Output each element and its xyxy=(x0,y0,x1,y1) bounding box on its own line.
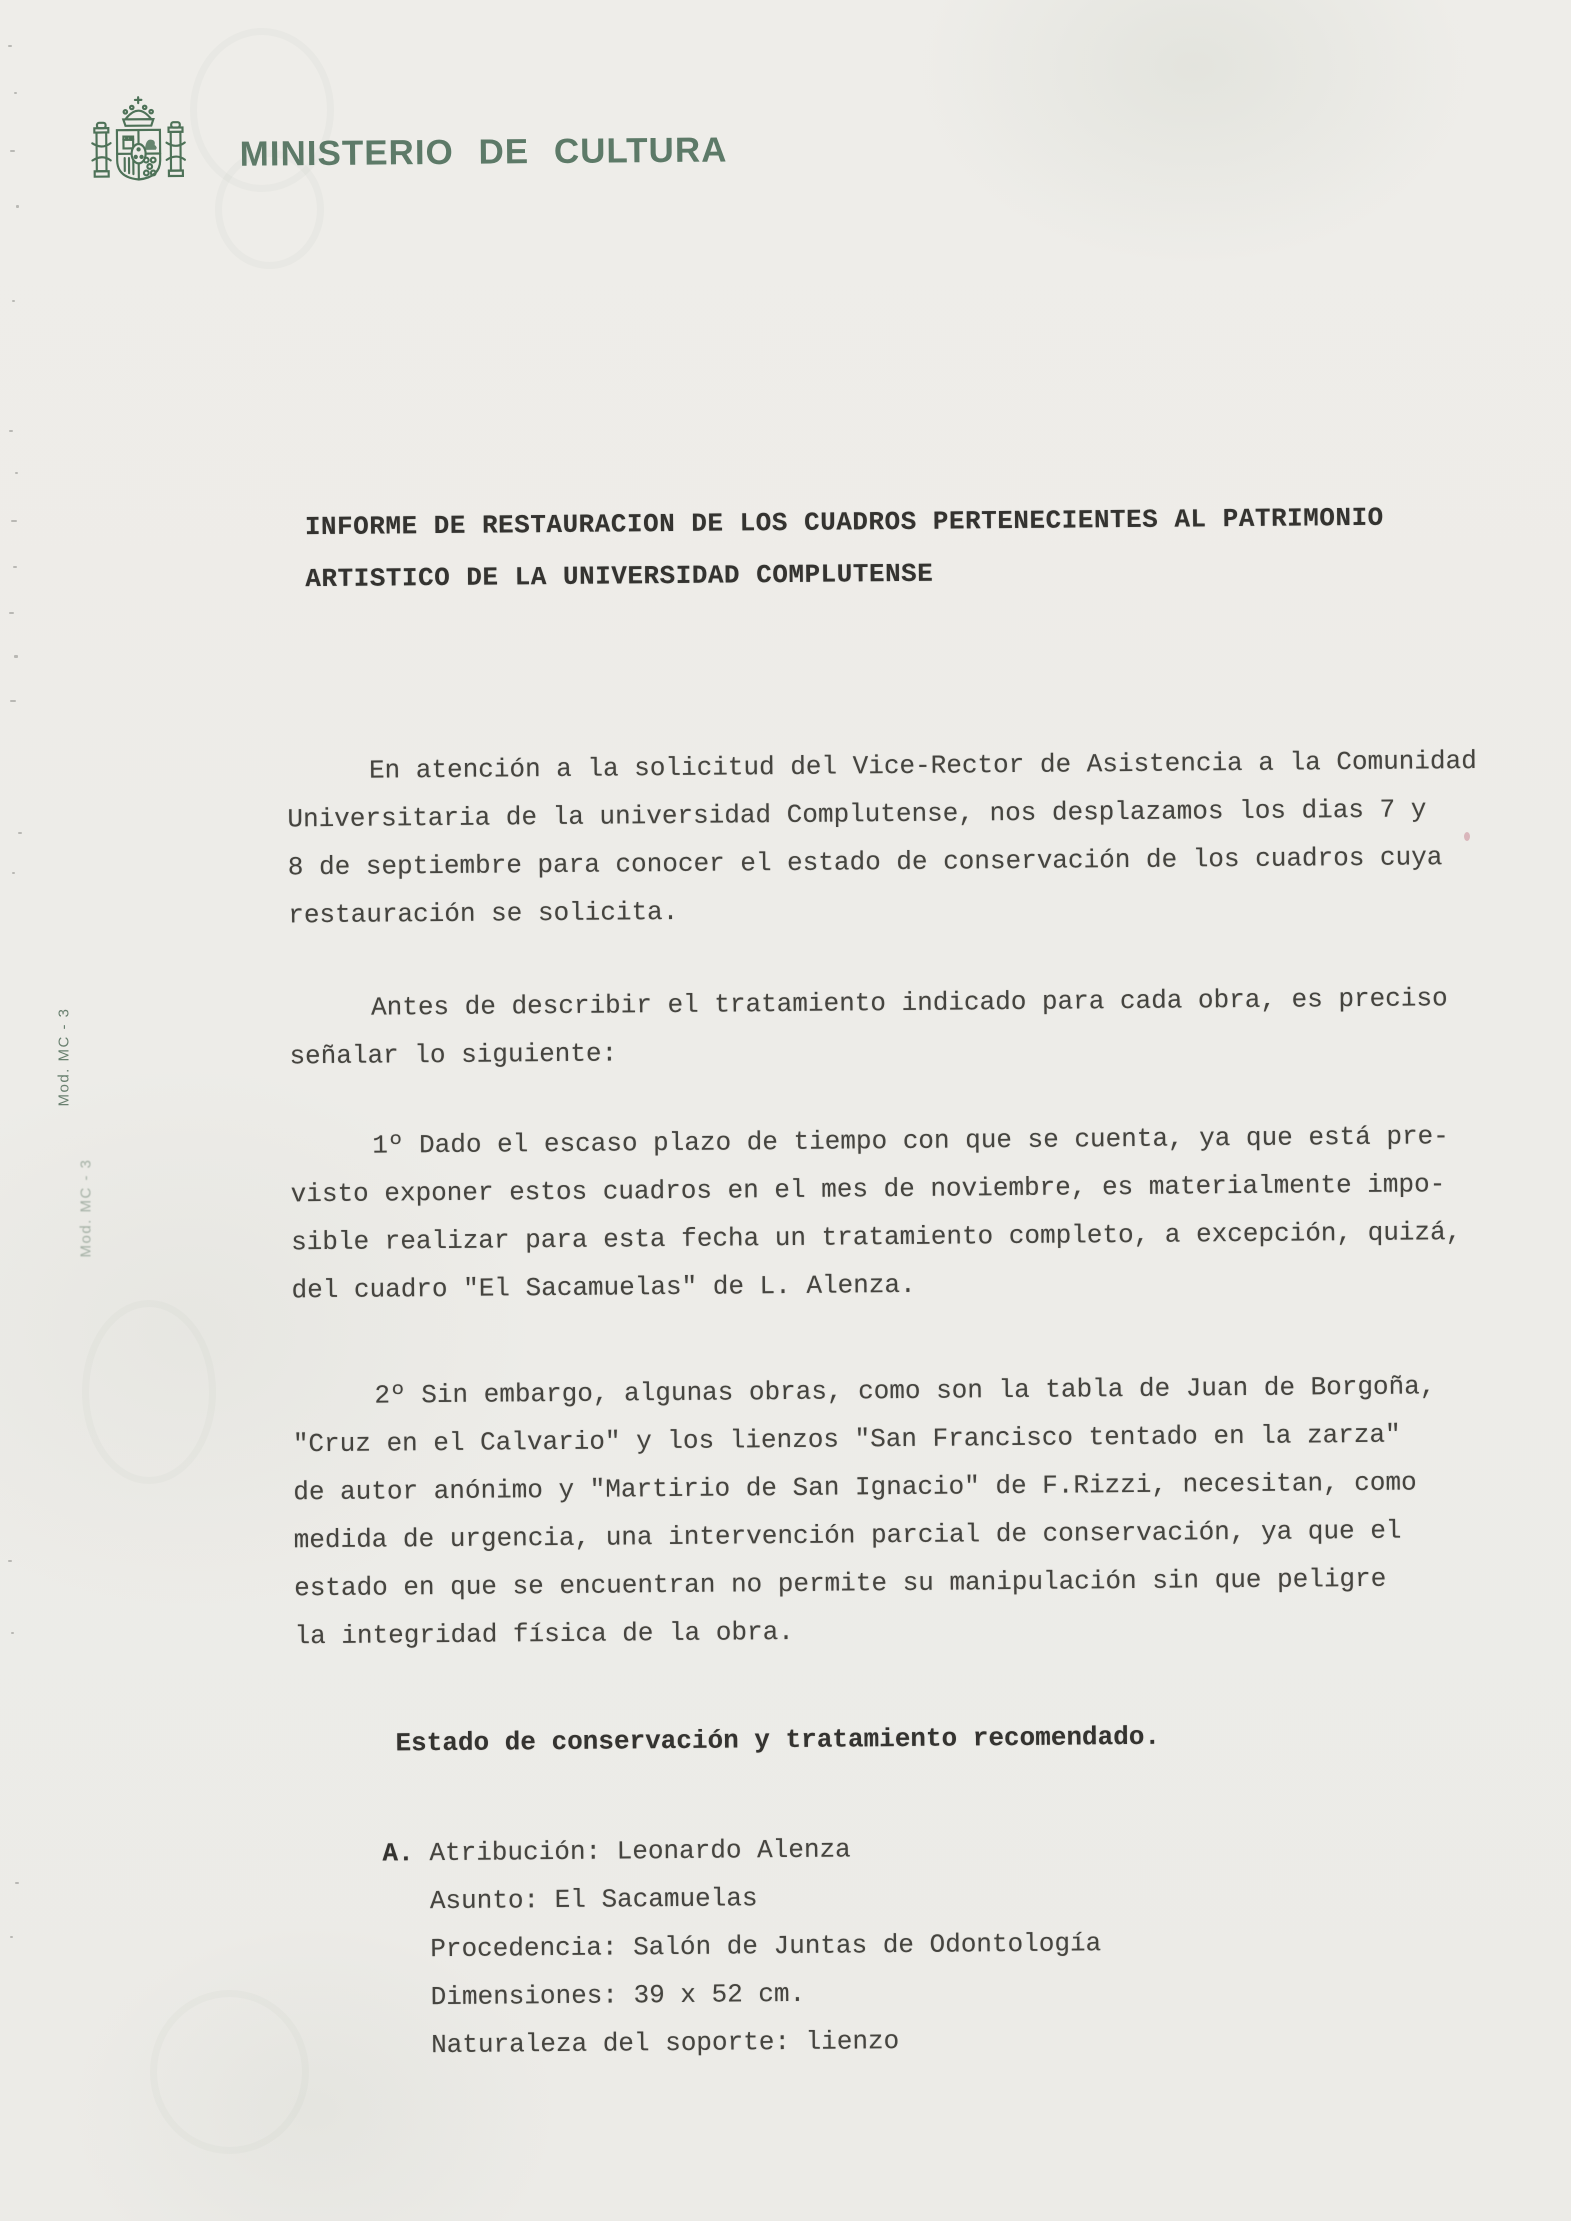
scan-artifact xyxy=(8,45,12,47)
scan-artifact xyxy=(10,700,16,702)
scan-artifact xyxy=(12,300,15,302)
printed-content: MINISTERIO DE CULTURA INFORME DE RESTAUR… xyxy=(0,0,1571,2221)
catalog-item-label: A. xyxy=(382,1829,429,1877)
scan-artifact xyxy=(9,430,13,432)
form-code-label: Mod. MC - 3 xyxy=(56,1007,73,1106)
scan-artifact xyxy=(9,612,14,614)
scan-artifact xyxy=(15,1882,19,1884)
form-code-label: Mod. MC - 3 xyxy=(78,1158,95,1257)
scan-artifact xyxy=(18,832,22,834)
scan-artifact xyxy=(12,872,15,874)
ministry-header-title: MINISTERIO DE CULTURA xyxy=(239,130,727,174)
spain-coat-of-arms-icon xyxy=(84,95,193,210)
scan-artifact xyxy=(8,1560,12,1562)
scan-artifact xyxy=(15,472,18,474)
scan-artifact xyxy=(1464,832,1470,841)
scan-artifact xyxy=(13,566,17,568)
section-heading: Estado de conservación y tratamiento rec… xyxy=(295,1710,1505,1769)
catalog-field: Naturaleza del soporte: lienzo xyxy=(298,2012,1508,2071)
scan-artifact xyxy=(11,520,17,522)
paragraph-preface: Antes de describir el tratamiento indica… xyxy=(289,974,1500,1081)
text-line: la integridad física de la obra. xyxy=(294,1602,1504,1661)
scan-artifact xyxy=(14,655,18,658)
scan-artifact xyxy=(14,92,17,94)
document-body: INFORME DE RESTAURACION DE LOS CUADROS P… xyxy=(285,491,1509,2070)
scan-artifact xyxy=(10,150,15,152)
text-line: del cuadro "El Sacamuelas" de L. Alenza. xyxy=(291,1256,1501,1315)
scan-artifact xyxy=(16,205,19,208)
paragraph-point-2: 2º Sin embargo, algunas obras, como son … xyxy=(292,1362,1504,1661)
scan-artifact xyxy=(11,1632,14,1634)
title-line: ARTISTICO DE LA UNIVERSIDAD COMPLUTENSE xyxy=(285,543,1495,606)
paragraph-intro: En atención a la solicitud del Vice-Rect… xyxy=(287,737,1499,940)
scanned-document-page: MINISTERIO DE CULTURA INFORME DE RESTAUR… xyxy=(0,0,1571,2221)
scan-artifact xyxy=(10,1936,13,1938)
text-line: restauración se solicita. xyxy=(288,881,1498,940)
document-title: INFORME DE RESTAURACION DE LOS CUADROS P… xyxy=(285,491,1496,606)
text-line: señalar lo siguiente: xyxy=(289,1022,1499,1081)
catalog-entry-a: A.Atribución: Leonardo Alenza Asunto: El… xyxy=(296,1820,1508,2071)
paragraph-point-1: 1º Dado el escaso plazo de tiempo con qu… xyxy=(290,1112,1502,1315)
title-line: INFORME DE RESTAURACION DE LOS CUADROS P… xyxy=(285,491,1495,554)
catalog-field-text: Atribución: Leonardo Alenza xyxy=(429,1834,851,1868)
